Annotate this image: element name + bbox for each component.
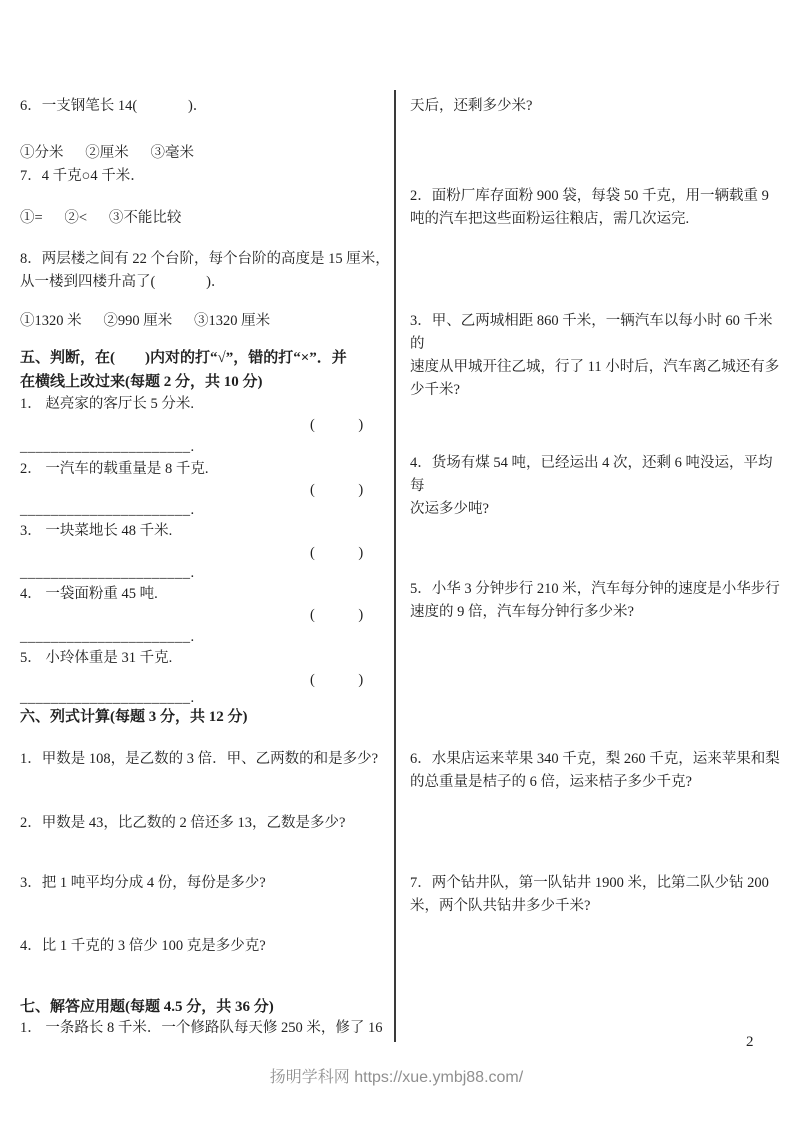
- section-6-heading: 六、列式计算(每题 3 分，共 12 分): [20, 705, 248, 729]
- judge-item-2-correction-line: ______________________.: [20, 500, 195, 520]
- judge-item-3-text: 3． 一块菜地长 48 千米.: [20, 520, 172, 543]
- question-6: 6．一支钢笔长 14( )．: [20, 95, 207, 118]
- judge-item-3-correction-line: ______________________.: [20, 563, 195, 583]
- word-problem-5: 5．小华 3 分钟步行 210 米，汽车每分钟的速度是小华步行 速度的 9 倍，…: [410, 578, 780, 624]
- word-problem-3: 3．甲、乙两城相距 860 千米，一辆汽车以每小时 60 千米的 速度从甲城开往…: [410, 310, 786, 402]
- judge-item-5-answer-parens: ( ): [310, 670, 363, 690]
- word-problem-7: 7．两个钻井队，第一队钻井 1900 米，比第二队少钻 200 米，两个队共钻井…: [410, 872, 769, 918]
- judge-item-1-answer-parens: ( ): [310, 415, 363, 435]
- question-7-options: ①= ②< ③不能比较: [20, 207, 181, 230]
- page-number: 2: [746, 1034, 754, 1051]
- word-problem-4: 4．货场有煤 54 吨，已经运出 4 次，还剩 6 吨没运，平均每 次运多少吨?: [410, 452, 786, 521]
- word-problem-6: 6．水果店运来苹果 340 千克，梨 260 千克，运来苹果和梨 的总重量是桔子…: [410, 748, 780, 794]
- judge-item-3-answer-parens: ( ): [310, 543, 363, 563]
- judge-item-4-text: 4． 一袋面粉重 45 吨.: [20, 583, 158, 606]
- calc-item-1: 1．甲数是 108，是乙数的 3 倍．甲、乙两数的和是多少?: [20, 748, 378, 771]
- section-5-heading: 五、判断，在( )内对的打“√”，错的打“×”．并 在横线上改过来(每题 2 分…: [20, 346, 347, 394]
- calc-item-4: 4．比 1 千克的 3 倍少 100 克是多少克?: [20, 935, 266, 958]
- worksheet-page: 6．一支钢笔长 14( )． ①分米 ②厘米 ③毫米 7．4 千克○4 千米． …: [0, 0, 793, 1122]
- judge-item-4-correction-line: ______________________.: [20, 627, 195, 647]
- judge-item-2-answer-parens: ( ): [310, 480, 363, 500]
- word-problem-1-part2: 天后，还剩多少米?: [410, 95, 532, 118]
- question-6-options: ①分米 ②厘米 ③毫米: [20, 142, 194, 165]
- question-8: 8．两层楼之间有 22 个台阶，每个台阶的高度是 15 厘米， 从一楼到四楼升高…: [20, 248, 390, 294]
- judge-item-1-text: 1． 赵亮家的客厅长 5 分米.: [20, 393, 194, 416]
- calc-item-2: 2．甲数是 43，比乙数的 2 倍还多 13，乙数是多少?: [20, 812, 345, 835]
- judge-item-4-answer-parens: ( ): [310, 605, 363, 625]
- word-problem-1-part1: 1． 一条路长 8 千米．一个修路队每天修 250 米，修了 16: [20, 1017, 383, 1040]
- judge-item-2-text: 2． 一汽车的载重量是 8 千克.: [20, 458, 209, 481]
- calc-item-3: 3．把 1 吨平均分成 4 份，每份是多少?: [20, 872, 266, 895]
- section-7-heading: 七、解答应用题(每题 4.5 分，共 36 分): [20, 995, 274, 1019]
- column-divider-line: [394, 90, 396, 1042]
- question-8-options: ①1320 米 ②990 厘米 ③1320 厘米: [20, 310, 270, 333]
- footer-site-text: 扬明学科网 https://xue.ymbj88.com/: [0, 1064, 793, 1087]
- word-problem-2: 2．面粉厂库存面粉 900 袋，每袋 50 千克，用一辆载重 9 吨的汽车把这些…: [410, 185, 769, 231]
- judge-item-5-text: 5． 小玲体重是 31 千克.: [20, 647, 172, 670]
- judge-item-1-correction-line: ______________________.: [20, 437, 195, 457]
- question-7: 7．4 千克○4 千米．: [20, 165, 145, 188]
